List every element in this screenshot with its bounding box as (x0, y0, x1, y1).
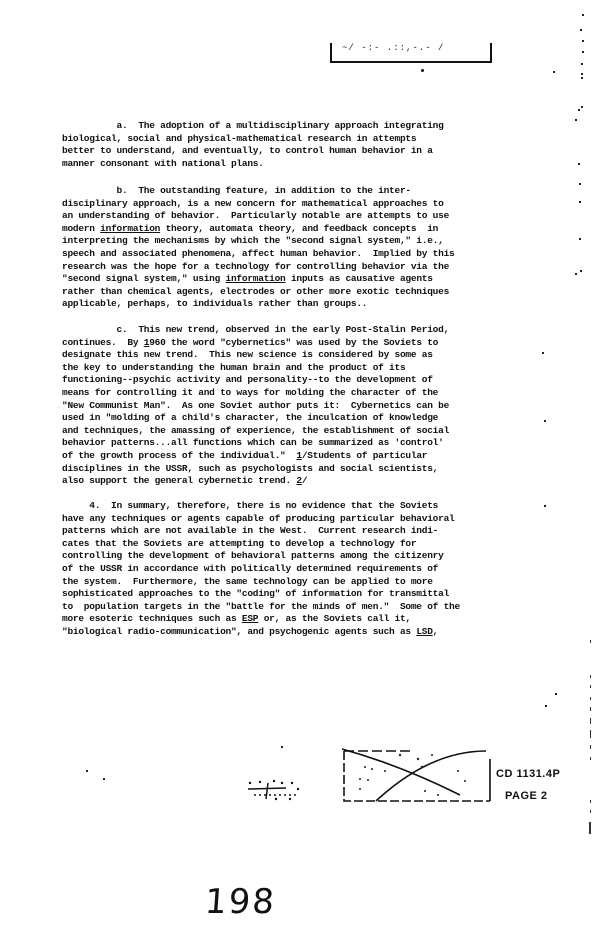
text-line: have any techniques or agents capable of… (62, 513, 542, 526)
text-line: speech and associated phenomena, affect … (62, 248, 542, 261)
paragraph-4: 4. In summary, therefore, there is no ev… (62, 500, 542, 639)
speck (544, 420, 546, 422)
text-line: continues. By 1960 the word "cybernetics… (62, 337, 542, 350)
classification-stamp: ~/ -:- .::,-.- / (330, 43, 492, 63)
paragraph-b: b. The outstanding feature, in addition … (62, 185, 542, 311)
speck (575, 119, 577, 121)
text-line: "biological radio-communication", and ps… (62, 626, 542, 639)
text-line: biological, social and physical-mathemat… (62, 133, 542, 146)
text-line: b. The outstanding feature, in addition … (62, 185, 542, 198)
speck (582, 51, 584, 53)
speck (544, 505, 546, 507)
text-line: rather than chemical agents, electrodes … (62, 286, 542, 299)
text-line: sophisticated approaches to the "coding"… (62, 588, 542, 601)
speck (582, 14, 584, 16)
speck (581, 106, 583, 108)
text-line: better to understand, and eventually, to… (62, 145, 542, 158)
text-line: and techniques, the amassing of experien… (62, 425, 542, 438)
speck (580, 270, 582, 272)
speck (580, 29, 582, 31)
speck (581, 77, 583, 79)
text-line: means for controlling it and to ways for… (62, 387, 542, 400)
text-line: the system. Furthermore, the same techno… (62, 576, 542, 589)
text-line: of the USSR in accordance with political… (62, 563, 542, 576)
text-line: also support the general cybernetic tren… (62, 475, 542, 488)
speck (575, 273, 577, 275)
speck (555, 693, 557, 695)
speck (545, 705, 547, 707)
page-number: PAGE 2 (505, 790, 548, 802)
speck (582, 40, 584, 42)
text-line: 4. In summary, therefore, there is no ev… (62, 500, 542, 513)
speck (579, 201, 581, 203)
text-line: more esoteric techniques such as ESP or,… (62, 613, 542, 626)
stamp-dot (421, 69, 424, 72)
text-line: c. This new trend, observed in the early… (62, 324, 542, 337)
handwritten-number: 198 (204, 882, 278, 922)
document-id: CD 1131.4P (496, 768, 560, 780)
speck (86, 770, 88, 772)
text-line: applicable, perhaps, to individuals rath… (62, 298, 542, 311)
text-line: used in "molding of a child's character,… (62, 412, 542, 425)
text-line: cates that the Soviets are attempting to… (62, 538, 542, 551)
text-line: designate this new trend. This new scien… (62, 349, 542, 362)
text-line: to population targets in the "battle for… (62, 601, 542, 614)
speck (281, 746, 283, 748)
text-line: controlling the development of behaviora… (62, 550, 542, 563)
text-line: of the growth process of the individual.… (62, 450, 542, 463)
speck (103, 778, 105, 780)
speck (553, 71, 555, 73)
speck (578, 109, 580, 111)
document-page: ~/ -:- .::,-.- / a. The adoption of a mu… (0, 0, 600, 928)
text-line: modern information theory, automata theo… (62, 223, 542, 236)
speck (579, 183, 581, 185)
text-line: behavior patterns...all functions which … (62, 437, 542, 450)
text-line: "second signal system," using informatio… (62, 273, 542, 286)
declassification-stamp (340, 745, 492, 805)
text-line: research was the hope for a technology f… (62, 261, 542, 274)
speck (581, 63, 583, 65)
text-line: disciplines in the USSR, such as psychol… (62, 463, 542, 476)
stamp-scrawl: ~/ -:- .::,-.- / (342, 43, 482, 57)
speck (578, 163, 580, 165)
text-line: interpreting the mechanisms by which the… (62, 235, 542, 248)
text-line: the key to understanding the human brain… (62, 362, 542, 375)
speck (579, 238, 581, 240)
initials-scribble (246, 775, 306, 803)
text-line: disciplinary approach, is a new concern … (62, 198, 542, 211)
text-line: functioning--psychic activity and person… (62, 374, 542, 387)
paragraph-c: c. This new trend, observed in the early… (62, 324, 542, 488)
paragraph-a: a. The adoption of a multidisciplinary a… (62, 120, 542, 170)
text-line: manner consonant with national plans. (62, 158, 542, 171)
text-line: "New Communist Man". As one Soviet autho… (62, 400, 542, 413)
text-line: patterns which are not available in the … (62, 525, 542, 538)
right-edge-marks (588, 0, 594, 928)
speck (581, 73, 583, 75)
speck (542, 352, 544, 354)
text-line: a. The adoption of a multidisciplinary a… (62, 120, 542, 133)
text-line: an understanding of behavior. Particular… (62, 210, 542, 223)
